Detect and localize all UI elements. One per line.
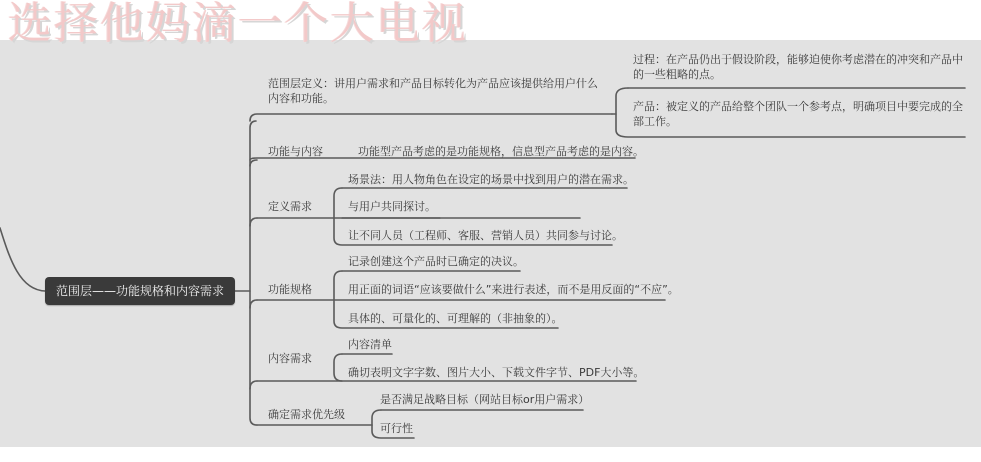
- leaf-scenario-method[interactable]: 场景法：用人物角色在设定的场景中找到用户的潜在需求。: [348, 172, 634, 187]
- branch-function-content[interactable]: 功能与内容: [268, 144, 323, 159]
- leaf-content-specs[interactable]: 确切表明文字字数、图片大小、下载文件字节、PDF大小等。: [348, 365, 644, 380]
- branch-function-spec[interactable]: 功能规格: [268, 282, 312, 297]
- leaf-feasibility[interactable]: 可行性: [380, 421, 413, 436]
- leaf-content-list[interactable]: 内容清单: [348, 337, 392, 352]
- leaf-strategic-goals[interactable]: 是否满足战略目标（网站目标or用户需求）: [380, 392, 589, 407]
- leaf-function-content-desc[interactable]: 功能型产品考虑的是功能规格，信息型产品考虑的是内容。: [358, 144, 644, 159]
- leaf-cross-team-discussion[interactable]: 让不同人员（工程师、客服、营销人员）共同参与讨论。: [348, 228, 623, 243]
- leaf-process[interactable]: 过程：在产品仍出于假设阶段，能够迫使你考虑潜在的冲突和产品中的一些粗略的点。: [633, 52, 963, 82]
- leaf-product[interactable]: 产品：被定义的产品给整个团队一个参考点，明确项目中要完成的全部工作。: [633, 99, 963, 129]
- branch-prioritize-requirements[interactable]: 确定需求优先级: [268, 407, 345, 422]
- branch-define-requirements[interactable]: 定义需求: [268, 199, 312, 214]
- leaf-positive-wording[interactable]: 用正面的词语“应该要做什么”来进行表述，而不是用反面的“不应”。: [348, 282, 679, 297]
- leaf-specific-measurable[interactable]: 具体的、可量化的、可理解的（非抽象的）。: [348, 311, 563, 326]
- root-node[interactable]: 范围层——功能规格和内容需求: [45, 277, 235, 305]
- parent-connector: [0, 228, 45, 291]
- leaf-record-decisions[interactable]: 记录创建这个产品时已确定的决议。: [348, 254, 524, 269]
- branch-line-definition: [250, 114, 612, 121]
- branch-content-requirements[interactable]: 内容需求: [268, 351, 312, 366]
- branch-scope-definition[interactable]: 范围层定义：讲用户需求和产品目标转化为产品应该提供给用户什么内容和功能。: [268, 76, 608, 106]
- leaf-discuss-with-users[interactable]: 与用户共同探讨。: [348, 199, 436, 214]
- watermark-text: 选择他妈滴一个大电视: [8, 0, 468, 52]
